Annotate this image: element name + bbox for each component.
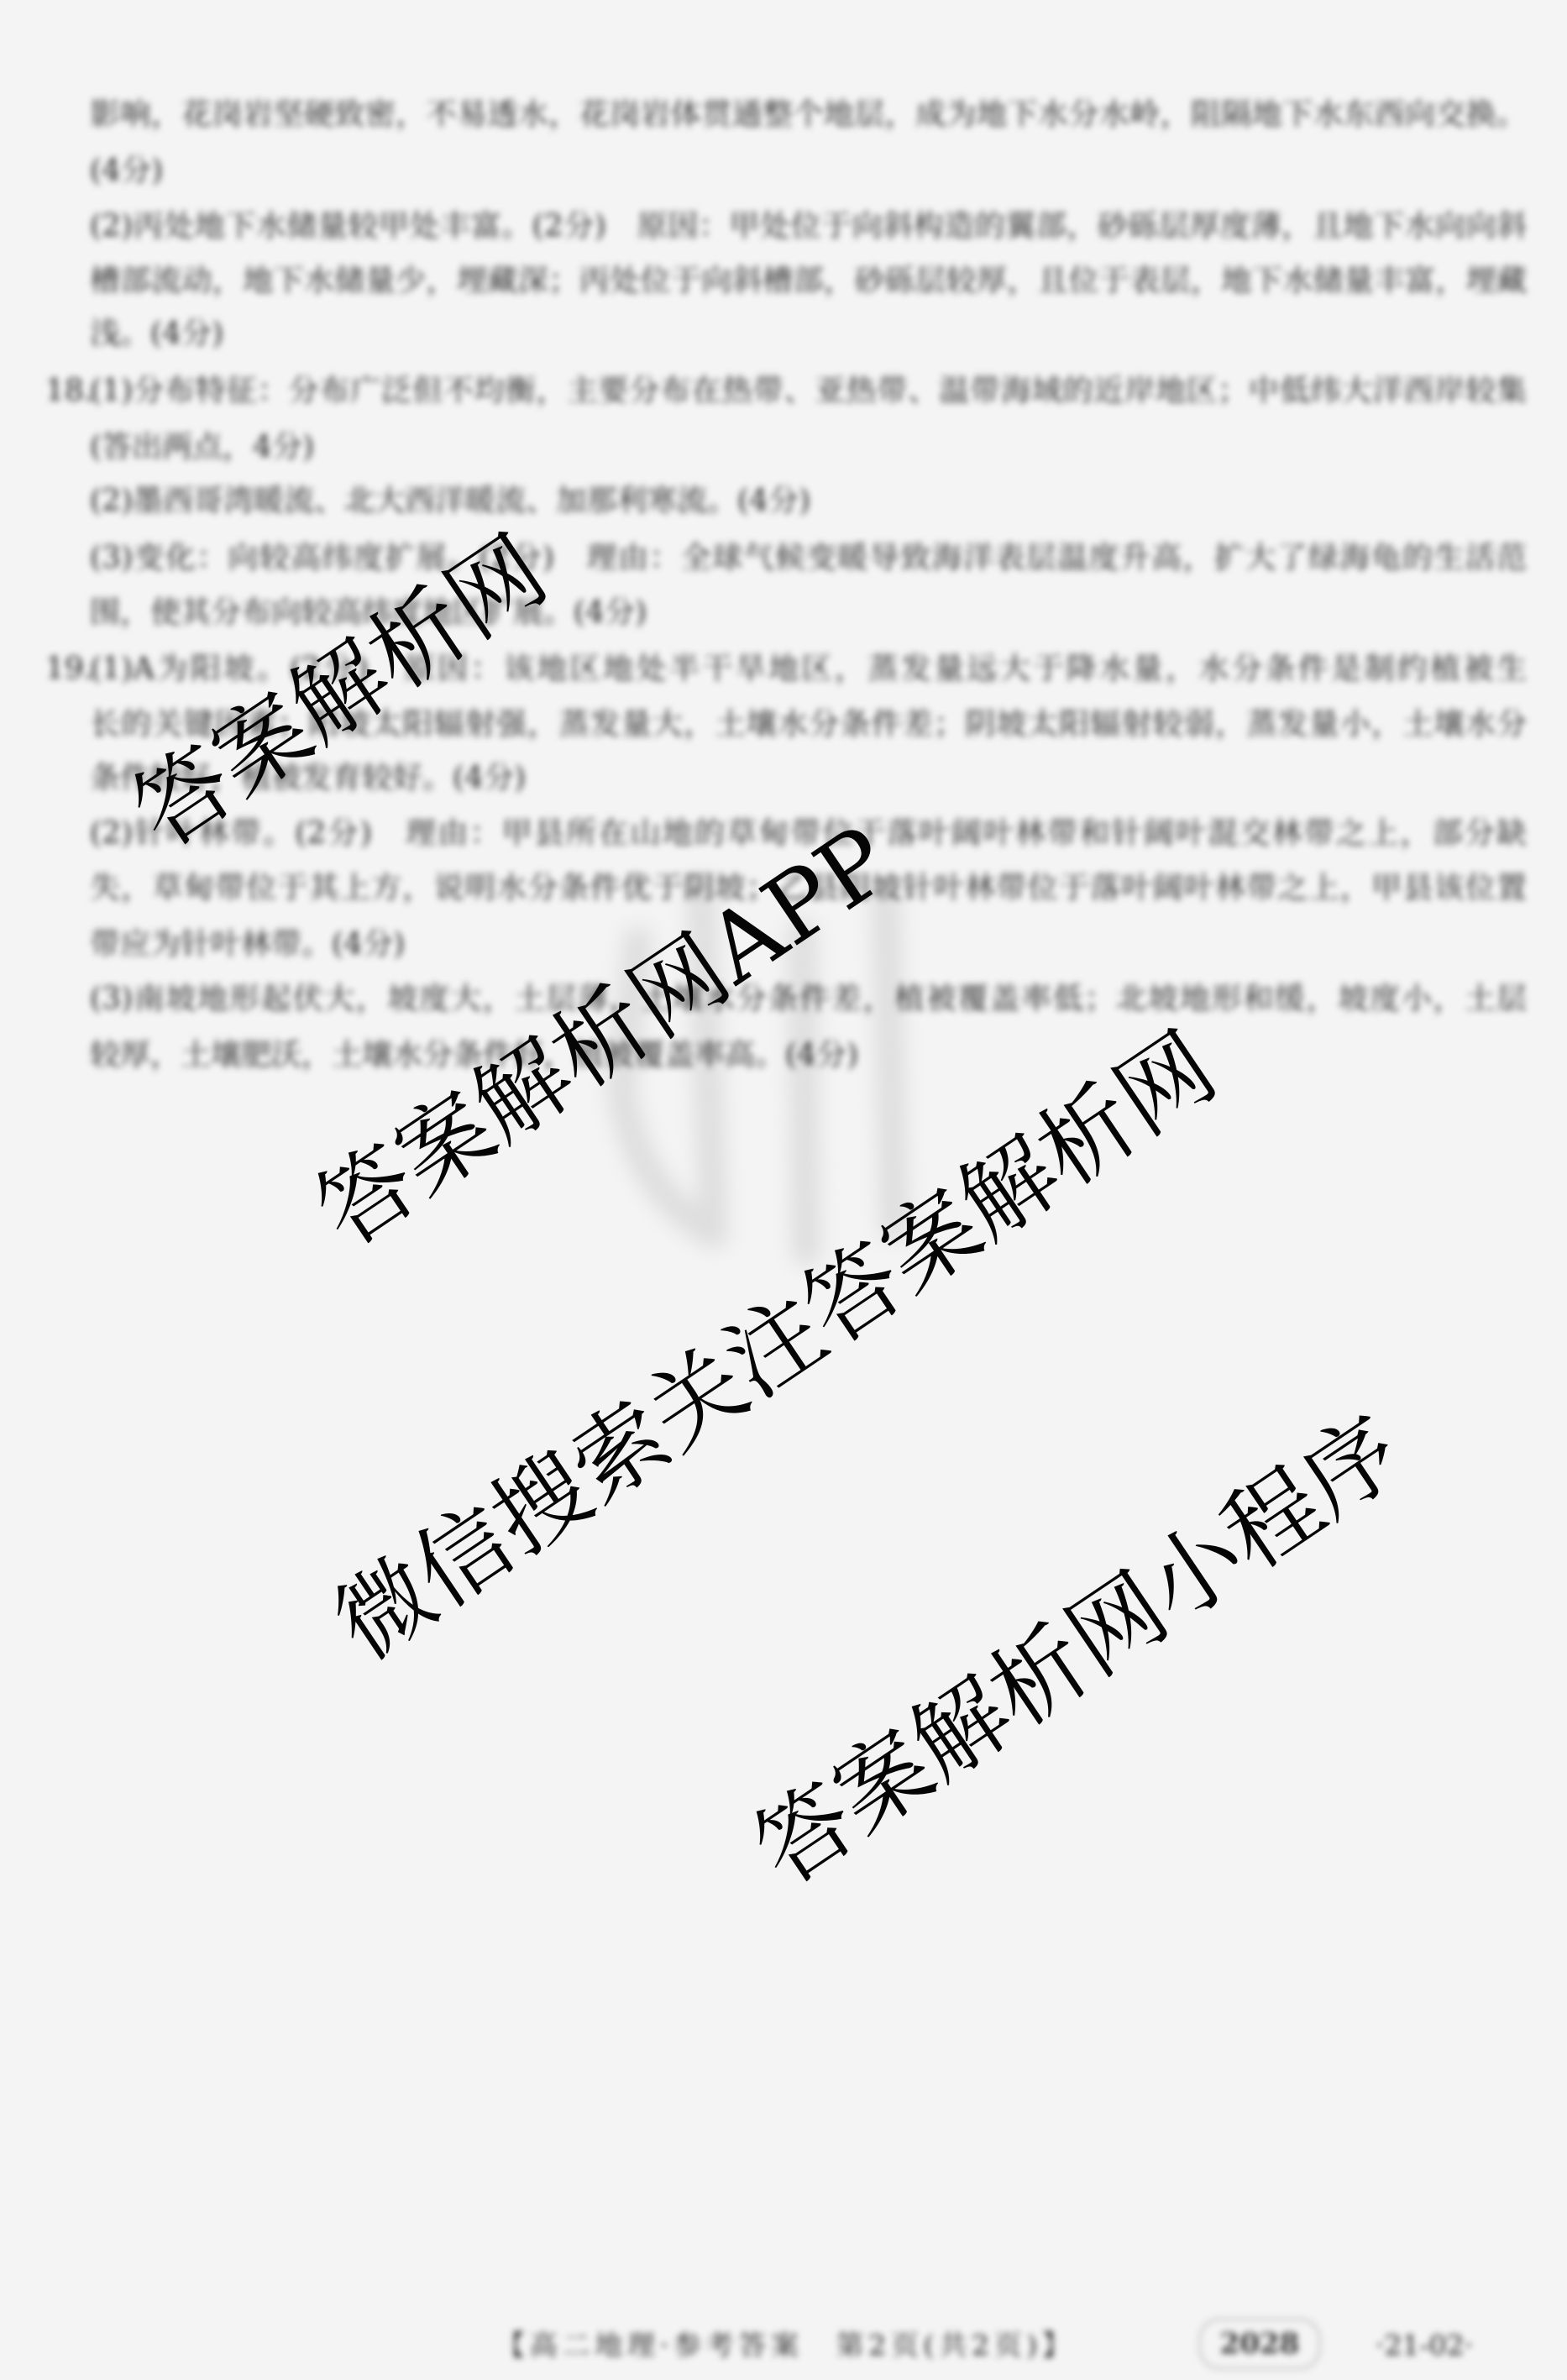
document-page: 影响，花岗岩坚硬致密，不易透水，花岗岩体贯通整个地层，成为地下水分水岭，阻隔地下… <box>0 0 1567 2380</box>
answer-line: (2)墨西哥湾暖流、北大西洋暖流、加那利寒流。(4分) <box>90 480 1527 522</box>
answer-text-body: 影响，花岗岩坚硬致密，不易透水，花岗岩体贯通整个地层，成为地下水分水岭，阻隔地下… <box>0 0 1567 2380</box>
answer-line: 浅。(4分) <box>90 313 1527 355</box>
answer-line: (答出两点，4分) <box>90 427 1527 469</box>
answer-line: 槽部流动，地下水储量少，埋藏深；丙处位于向斜槽部，砂砾层较厚，且位于表层，地下水… <box>90 260 1527 302</box>
answer-line: 较厚，土壤肥沃，土壤水分条件好，植被覆盖率高。(4分) <box>90 1035 1527 1077</box>
question-number: 18. <box>45 370 91 412</box>
answer-line: (3)南坡地形起伏大，坡度大，土层薄，土壤水分条件差，植被覆盖率低；北坡地形和缓… <box>90 978 1527 1020</box>
answer-line: (4分) <box>90 150 1527 192</box>
footer-serial: ·21-02· <box>1376 2326 1520 2365</box>
answer-line: 影响，花岗岩坚硬致密，不易透水，花岗岩体贯通整个地层，成为地下水分水岭，阻隔地下… <box>90 94 1527 136</box>
answer-line: (1)分布特征：分布广泛但不均衡，主要分布在热带、亚热带、温带海域的近岸地区；中… <box>90 370 1527 412</box>
footer-title: 【高二地理·参考答案 第2页(共2页)】 <box>497 2326 1070 2365</box>
answer-line: (3)变化：向较高纬度扩展。(2分) 理由：全球气候变暖导致海洋表层温度升高，扩… <box>90 537 1527 579</box>
footer-code-badge: 2028 <box>1198 2318 1321 2370</box>
answer-line: 围，使其分布向较高纬度地区扩展。(4分) <box>90 592 1527 634</box>
question-number: 19. <box>45 648 91 690</box>
answer-line: (2)丙处地下水储量较甲处丰富。(2分) 原因：甲处位于向斜构造的翼部，砂砾层厚… <box>90 206 1527 248</box>
